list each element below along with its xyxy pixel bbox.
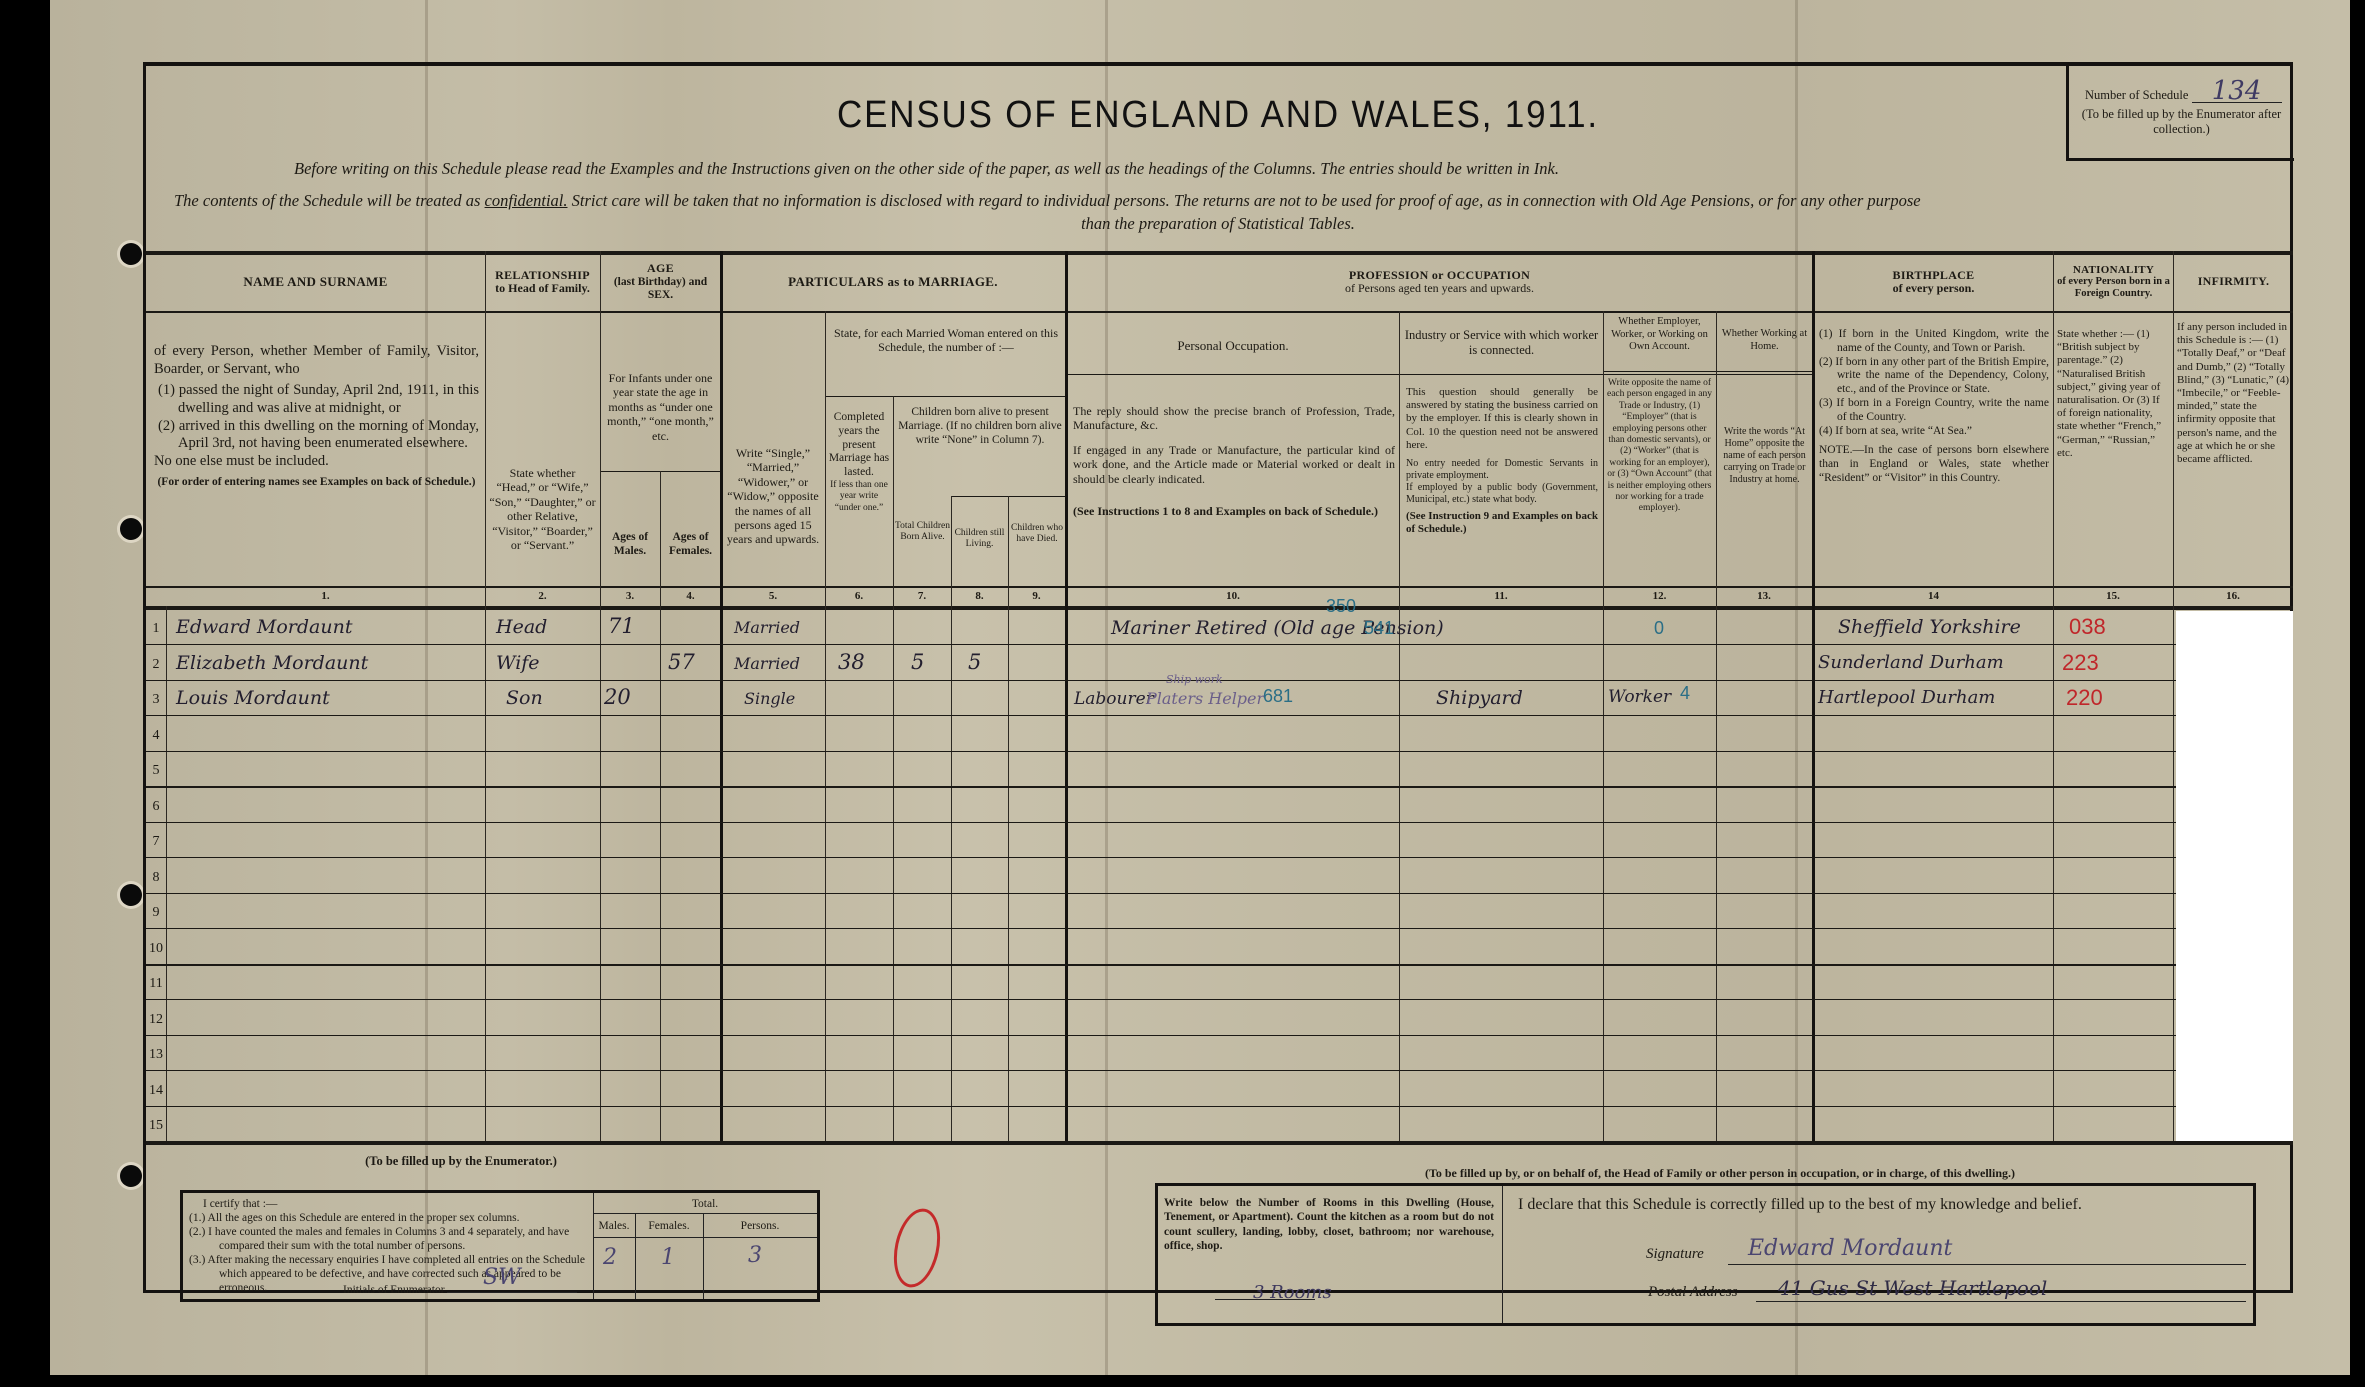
column-number: 15. <box>2053 590 2173 602</box>
row-number: 14 <box>146 1083 166 1099</box>
occupation-code-top: 350 <box>1326 596 1356 617</box>
person-relationship[interactable]: Head <box>496 616 547 638</box>
header-name: NAME AND SURNAME <box>146 253 485 311</box>
head-of-family-heading: (To be filled up by, or on behalf of, th… <box>1190 1166 2250 1181</box>
header-relationship: RELATIONSHIP to Head of Family. <box>485 253 600 311</box>
person-occupation[interactable]: Labourer <box>1074 689 1154 709</box>
redaction-box <box>2176 611 2293 1141</box>
person-children-total[interactable]: 5 <box>911 650 924 674</box>
header-personal-occupation-desc: The reply should show the precise branch… <box>1073 404 1395 518</box>
header-personal-occupation: Personal Occupation. <box>1067 338 1399 354</box>
signature-label: Signature <box>1646 1246 1704 1263</box>
initials-label: Initials of Enumerator <box>343 1283 577 1297</box>
header-birthplace-desc: (1) If born in the United Kingdom, write… <box>1819 328 2049 486</box>
person-birthplace[interactable]: Sunderland Durham <box>1818 652 2004 673</box>
rooms-instruction: Write below the Number of Rooms in this … <box>1164 1196 1494 1254</box>
person-relationship[interactable]: Wife <box>496 652 540 674</box>
header-age-females: Ages of Females. <box>660 531 721 559</box>
punch-hole <box>120 1165 142 1187</box>
header-children: Children born alive to present Marriage.… <box>896 406 1064 447</box>
address-label: Postal Address <box>1648 1284 1738 1301</box>
row-number: 3 <box>146 692 166 708</box>
person-industry[interactable]: Shipyard <box>1436 687 1523 709</box>
person-employer-status[interactable]: Worker <box>1608 687 1671 707</box>
occupation-code: 541 <box>1364 618 1394 639</box>
column-number: 2. <box>485 590 600 602</box>
enumerator-certification-panel: I certify that :— (1.) All the ages on t… <box>180 1190 820 1302</box>
row-number: 8 <box>146 870 166 886</box>
column-number: 5. <box>721 590 825 602</box>
rooms-count[interactable]: 3 Rooms <box>1253 1282 1332 1303</box>
header-divider <box>146 311 2293 313</box>
person-age-male[interactable]: 20 <box>604 685 631 709</box>
occupation-code: 681 <box>1263 686 1293 707</box>
confidential-notice-cont: than the preparation of Statistical Tabl… <box>146 214 2290 234</box>
header-years-married: Completed years the present Marriage has… <box>827 411 891 514</box>
column-number: 11. <box>1399 590 1603 602</box>
person-birthplace[interactable]: Hartlepool Durham <box>1818 687 1995 708</box>
header-employer-desc: Write opposite the name of each person e… <box>1605 378 1714 515</box>
header-name-desc: of every Person, whether Member of Famil… <box>154 343 479 489</box>
occupation-amendment: Platers Helper <box>1146 689 1264 708</box>
row-number: 12 <box>146 1012 166 1028</box>
row-number: 13 <box>146 1047 166 1063</box>
row-number: 7 <box>146 834 166 850</box>
postal-address-value[interactable]: 41 Gus St West Hartlepool <box>1778 1276 2047 1300</box>
enumerator-heading: (To be filled up by the Enumerator.) <box>241 1154 681 1169</box>
schedule-number-box: Number of Schedule 134 (To be filled up … <box>2066 66 2294 161</box>
header-marriage-condition: Write “Single,” “Married,” “Widower,” or… <box>725 446 821 547</box>
row-number: 9 <box>146 905 166 921</box>
row-number: 1 <box>146 621 166 637</box>
person-children-living[interactable]: 5 <box>968 650 981 674</box>
person-name[interactable]: Louis Mordaunt <box>176 687 330 709</box>
column-number: 1. <box>166 590 485 602</box>
confidential-notice: The contents of the Schedule will be tre… <box>174 191 1921 211</box>
employer-code: 4 <box>1680 683 1690 704</box>
persons-label: Persons. <box>703 1219 817 1233</box>
header-at-home: Whether Working at Home. <box>1718 328 1811 353</box>
person-birthplace[interactable]: Sheffield Yorkshire <box>1838 616 2021 638</box>
row-number: 5 <box>146 763 166 779</box>
row-number: 4 <box>146 728 166 744</box>
total-persons[interactable]: 3 <box>748 1243 762 1268</box>
person-condition[interactable]: Single <box>744 689 795 708</box>
head-of-family-panel: Write below the Number of Rooms in this … <box>1155 1183 2256 1326</box>
header-married-woman: State, for each Married Woman entered on… <box>831 326 1061 355</box>
column-number: 9. <box>1008 590 1065 602</box>
birthplace-code: 038 <box>2069 614 2106 640</box>
column-number: 14 <box>1814 590 2053 602</box>
schedule-number-note: (To be filled up by the Enumerator after… <box>2075 107 2288 137</box>
schedule-number-value[interactable]: 134 <box>2192 80 2282 103</box>
column-number: 3. <box>600 590 660 602</box>
enumerator-initials[interactable]: SW <box>483 1265 521 1290</box>
punch-hole <box>120 884 142 906</box>
header-at-home-desc: Write the words “At Home” opposite the n… <box>1720 426 1809 486</box>
row-number: 11 <box>146 976 166 992</box>
header-relationship-desc: State whether “Head,” or “Wife,” “Son,” … <box>489 466 596 552</box>
employer-code: 0 <box>1654 618 1664 639</box>
total-label: Total. <box>593 1197 817 1211</box>
column-number: 13. <box>1716 590 1812 602</box>
header-age-desc: For Infants under one year state the age… <box>604 371 717 443</box>
row-number: 2 <box>146 657 166 673</box>
column-number: 12. <box>1603 590 1716 602</box>
header-nationality-desc: State whether :— (1) “British subject by… <box>2057 328 2170 460</box>
colnum-rule <box>146 606 2293 610</box>
punch-hole <box>120 243 142 265</box>
person-age-male[interactable]: 71 <box>608 614 635 638</box>
person-years-married[interactable]: 38 <box>838 650 865 674</box>
person-name[interactable]: Elizabeth Mordaunt <box>176 652 368 674</box>
punch-hole <box>120 518 142 540</box>
row-number: 15 <box>146 1118 166 1134</box>
declaration-text: I declare that this Schedule is correctl… <box>1518 1196 2082 1214</box>
column-number: 16. <box>2173 590 2293 602</box>
males-label: Males. <box>593 1219 635 1233</box>
header-nationality: NATIONALITY of every Person born in a Fo… <box>2054 253 2173 311</box>
schedule-number-label: Number of Schedule <box>2085 88 2188 102</box>
instruction-line: Before writing on this Schedule please r… <box>294 159 1559 179</box>
header-infirmity-desc: If any person included in this Schedule … <box>2177 321 2291 466</box>
females-label: Females. <box>635 1219 703 1233</box>
header-industry: Industry or Service with which worker is… <box>1404 328 1599 358</box>
header-children-total: Total Children Born Alive. <box>895 521 950 544</box>
header-age: AGE (last Birthday) and SEX. <box>600 253 721 311</box>
birthplace-code: 220 <box>2066 685 2103 711</box>
person-relationship[interactable]: Son <box>506 687 543 709</box>
header-employer: Whether Employer, Worker, or Working on … <box>1605 316 1714 354</box>
total-males[interactable]: 2 <box>603 1245 617 1270</box>
person-condition[interactable]: Married <box>734 618 800 637</box>
total-females[interactable]: 1 <box>661 1245 675 1270</box>
page-title: CENSUS OF ENGLAND AND WALES, 1911. <box>232 94 2204 137</box>
header-occupation: PROFESSION or OCCUPATION of Persons aged… <box>1067 253 1812 311</box>
person-condition[interactable]: Married <box>734 654 800 673</box>
table-bottom-rule <box>146 1141 2293 1145</box>
occupation-amendment-top: Ship work <box>1166 673 1223 686</box>
header-children-died: Children who have Died. <box>1009 523 1065 546</box>
census-form: CENSUS OF ENGLAND AND WALES, 1911. Befor… <box>143 62 2293 1293</box>
column-number: 4. <box>660 590 721 602</box>
person-name[interactable]: Edward Mordaunt <box>176 616 352 638</box>
birthplace-code: 223 <box>2062 650 2099 676</box>
column-number: 8. <box>951 590 1008 602</box>
column-number: 6. <box>825 590 893 602</box>
person-age-female[interactable]: 57 <box>668 650 695 674</box>
header-marriage: PARTICULARS as to MARRIAGE. <box>721 253 1065 311</box>
header-age-males: Ages of Males. <box>600 531 660 559</box>
header-infirmity: INFIRMITY. <box>2174 253 2293 311</box>
row-number: 6 <box>146 799 166 815</box>
header-birthplace: BIRTHPLACE of every person. <box>1814 253 2053 311</box>
row-number: 10 <box>146 941 166 957</box>
signature-value[interactable]: Edward Mordaunt <box>1748 1236 1952 1261</box>
header-bottom-rule <box>146 586 2293 588</box>
enumerator-certify-text: I certify that :— (1.) All the ages on t… <box>189 1197 609 1295</box>
header-industry-desc: This question should generally be answer… <box>1406 386 1598 536</box>
column-number: 7. <box>893 590 951 602</box>
header-children-living: Children still Living. <box>952 528 1007 551</box>
